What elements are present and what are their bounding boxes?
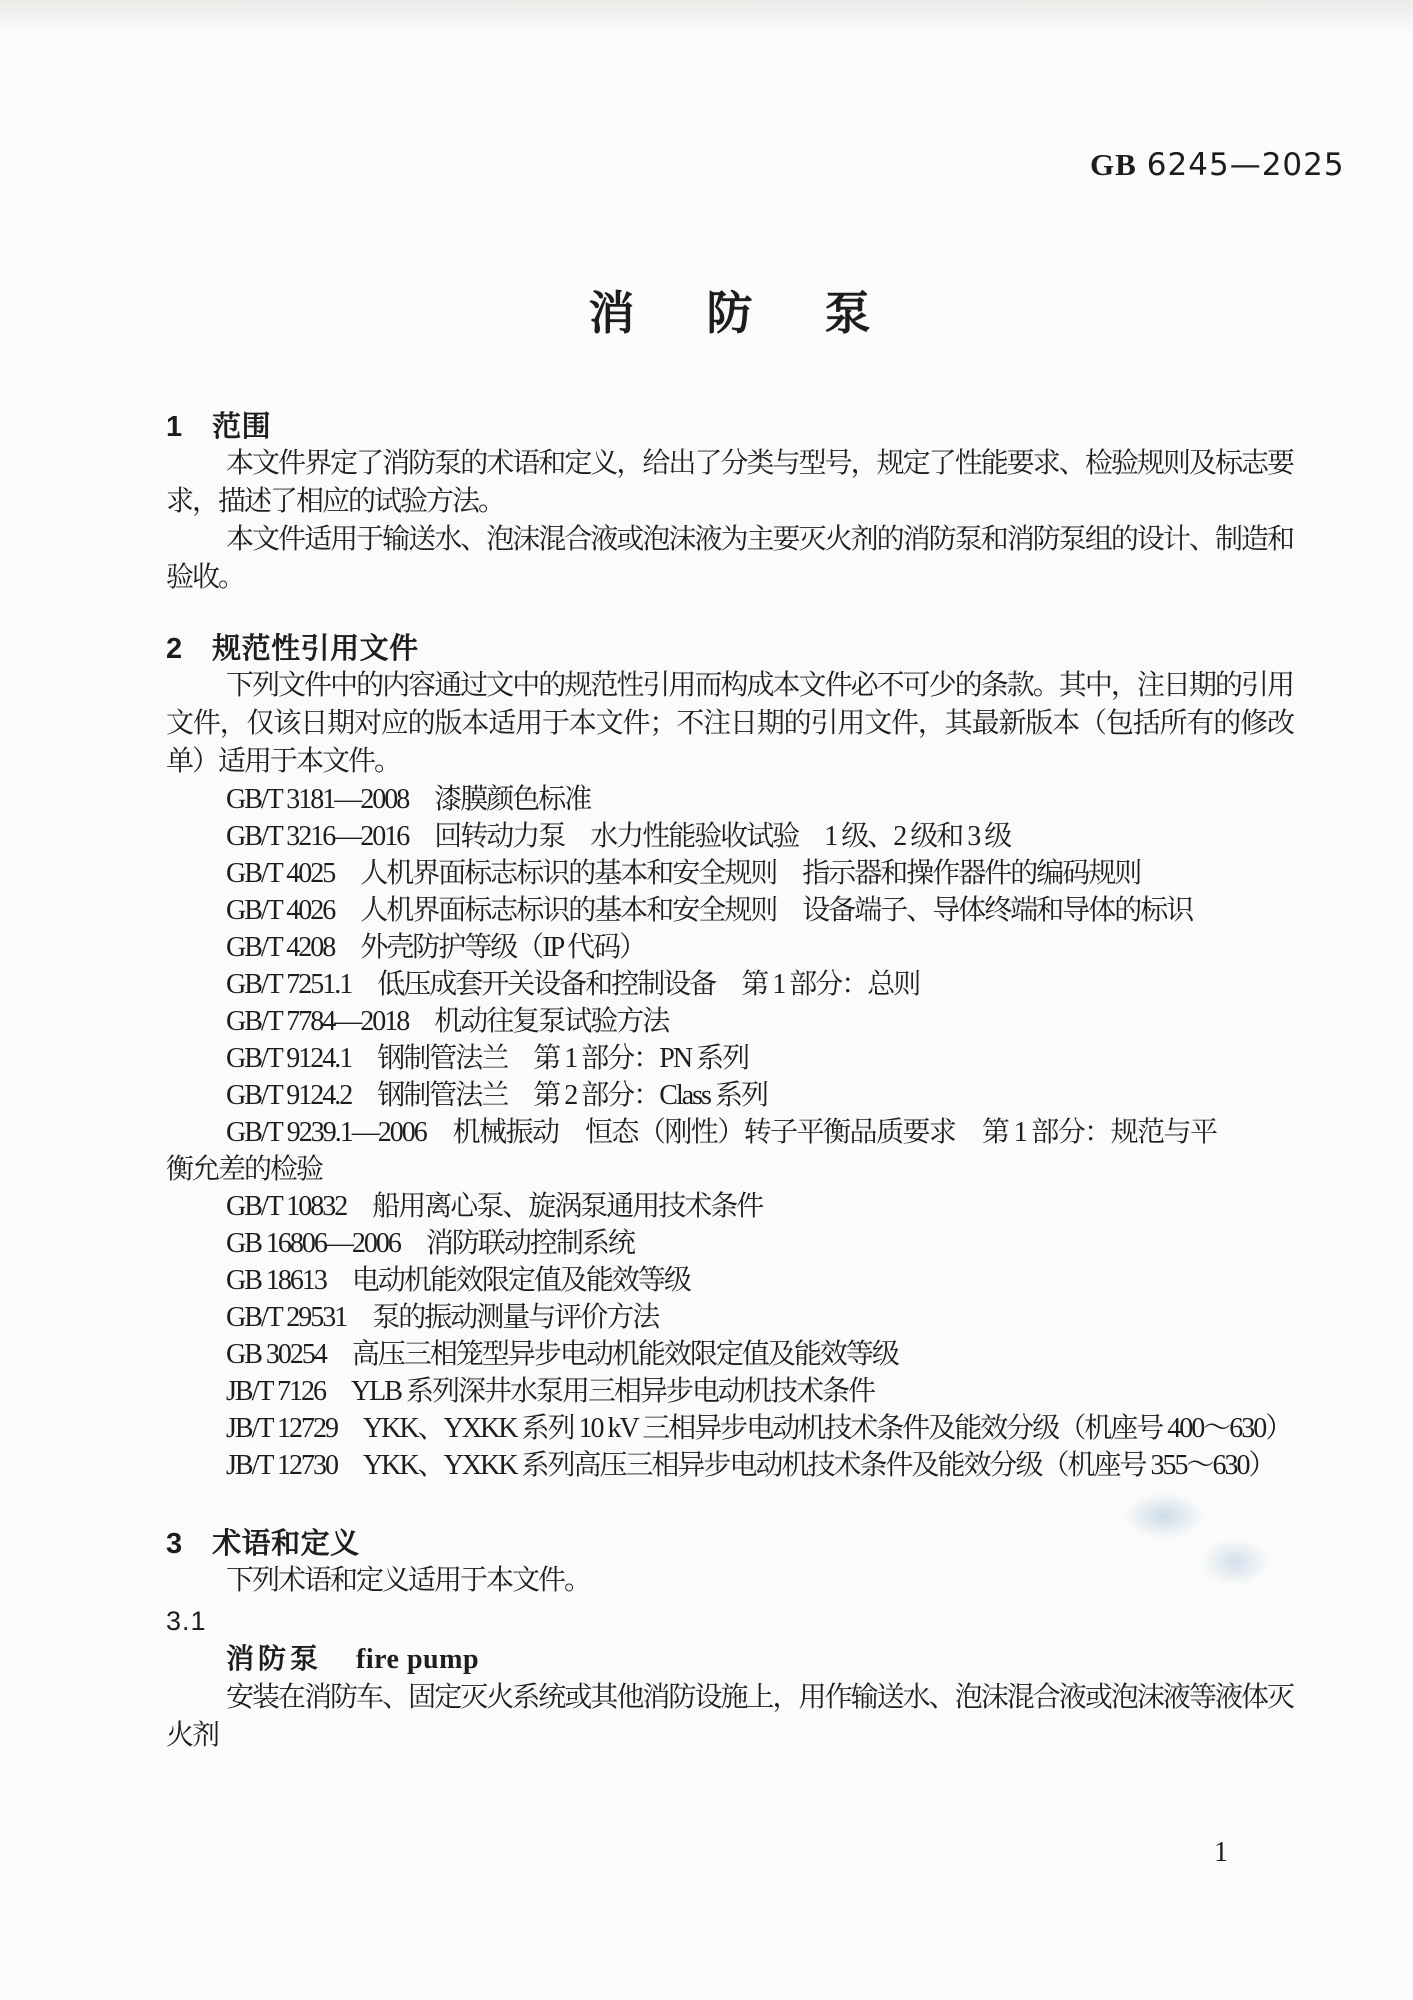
term-number: 3.1 xyxy=(166,1602,1293,1640)
reference-item: GB 30254 高压三相笼型异步电动机能效限定值及能效等级 xyxy=(166,1336,1293,1373)
reference-item: JB/T 12730 YKK、YXKK 系列高压三相异步电动机技术条件及能效分级… xyxy=(166,1447,1293,1484)
section-1-heading: 1 范围 xyxy=(166,409,1293,445)
reference-item: GB/T 9124.2 钢制管法兰 第 2 部分：Class 系列 xyxy=(166,1077,1293,1114)
reference-item: GB 16806—2006 消防联动控制系统 xyxy=(166,1225,1293,1262)
reference-item: GB/T 29531 泵的振动测量与评价方法 xyxy=(166,1299,1293,1336)
section-1-paragraph: 本文件界定了消防泵的术语和定义，给出了分类与型号，规定了性能要求、检验规则及标志… xyxy=(166,445,1293,521)
document-page: { "header": { "std_code_prefix": "GB", "… xyxy=(0,0,1413,2000)
page-number: 1 xyxy=(1214,1836,1228,1870)
reference-item: GB/T 4026 人机界面标志标识的基本和安全规则 设备端子、导体终端和导体的… xyxy=(166,892,1293,929)
normative-references-list: GB/T 3181—2008 漆膜颜色标准 GB/T 3216—2016 回转动… xyxy=(166,781,1293,1484)
document-title: 消防泵 xyxy=(166,0,1293,339)
reference-item: GB/T 3181—2008 漆膜颜色标准 xyxy=(166,781,1293,818)
term-definition-text: 安装在消防车、固定灭火系统或其他消防设施上，用作输送水、泡沫混合液或泡沫液等液体… xyxy=(166,1679,1293,1755)
reference-item: GB/T 4208 外壳防护等级（IP 代码） xyxy=(166,929,1293,966)
reference-item: GB/T 4025 人机界面标志标识的基本和安全规则 指示器和操作器件的编码规则 xyxy=(166,855,1293,892)
reference-item: JB/T 12729 YKK、YXKK 系列 10 kV 三相异步电动机技术条件… xyxy=(166,1410,1293,1447)
reference-item: GB/T 7784—2018 机动往复泵试验方法 xyxy=(166,1003,1293,1040)
reference-item: GB/T 9124.1 钢制管法兰 第 1 部分：PN 系列 xyxy=(166,1040,1293,1077)
page-body: 消防泵 1 范围 本文件界定了消防泵的术语和定义，给出了分类与型号，规定了性能要… xyxy=(0,0,1413,2000)
term-definition-heading: 消防泵fire pump xyxy=(166,1640,1293,1679)
reference-item: JB/T 7126 YLB 系列深井水泵用三相异步电动机技术条件 xyxy=(166,1373,1293,1410)
term-chinese: 消防泵 xyxy=(226,1643,322,1674)
section-3-intro: 下列术语和定义适用于本文件。 xyxy=(166,1562,1293,1600)
section-3-heading: 3 术语和定义 xyxy=(166,1526,1293,1562)
section-2-heading: 2 规范性引用文件 xyxy=(166,631,1293,667)
section-2-intro: 下列文件中的内容通过文中的规范性引用而构成本文件必不可少的条款。其中，注日期的引… xyxy=(166,667,1293,781)
term-english: fire pump xyxy=(356,1644,479,1675)
section-1-paragraph: 本文件适用于输送水、泡沫混合液或泡沫液为主要灭火剂的消防泵和消防泵组的设计、制造… xyxy=(166,521,1293,597)
reference-item: GB/T 7251.1 低压成套开关设备和控制设备 第 1 部分：总则 xyxy=(166,966,1293,1003)
reference-item: GB 18613 电动机能效限定值及能效等级 xyxy=(166,1262,1293,1299)
reference-item: GB/T 9239.1—2006 机械振动 恒态（刚性）转子平衡品质要求 第 1… xyxy=(166,1114,1216,1188)
reference-item: GB/T 10832 船用离心泵、旋涡泵通用技术条件 xyxy=(166,1188,1293,1225)
reference-item: GB/T 3216—2016 回转动力泵 水力性能验收试验 1 级、2 级和 3… xyxy=(166,818,1293,855)
